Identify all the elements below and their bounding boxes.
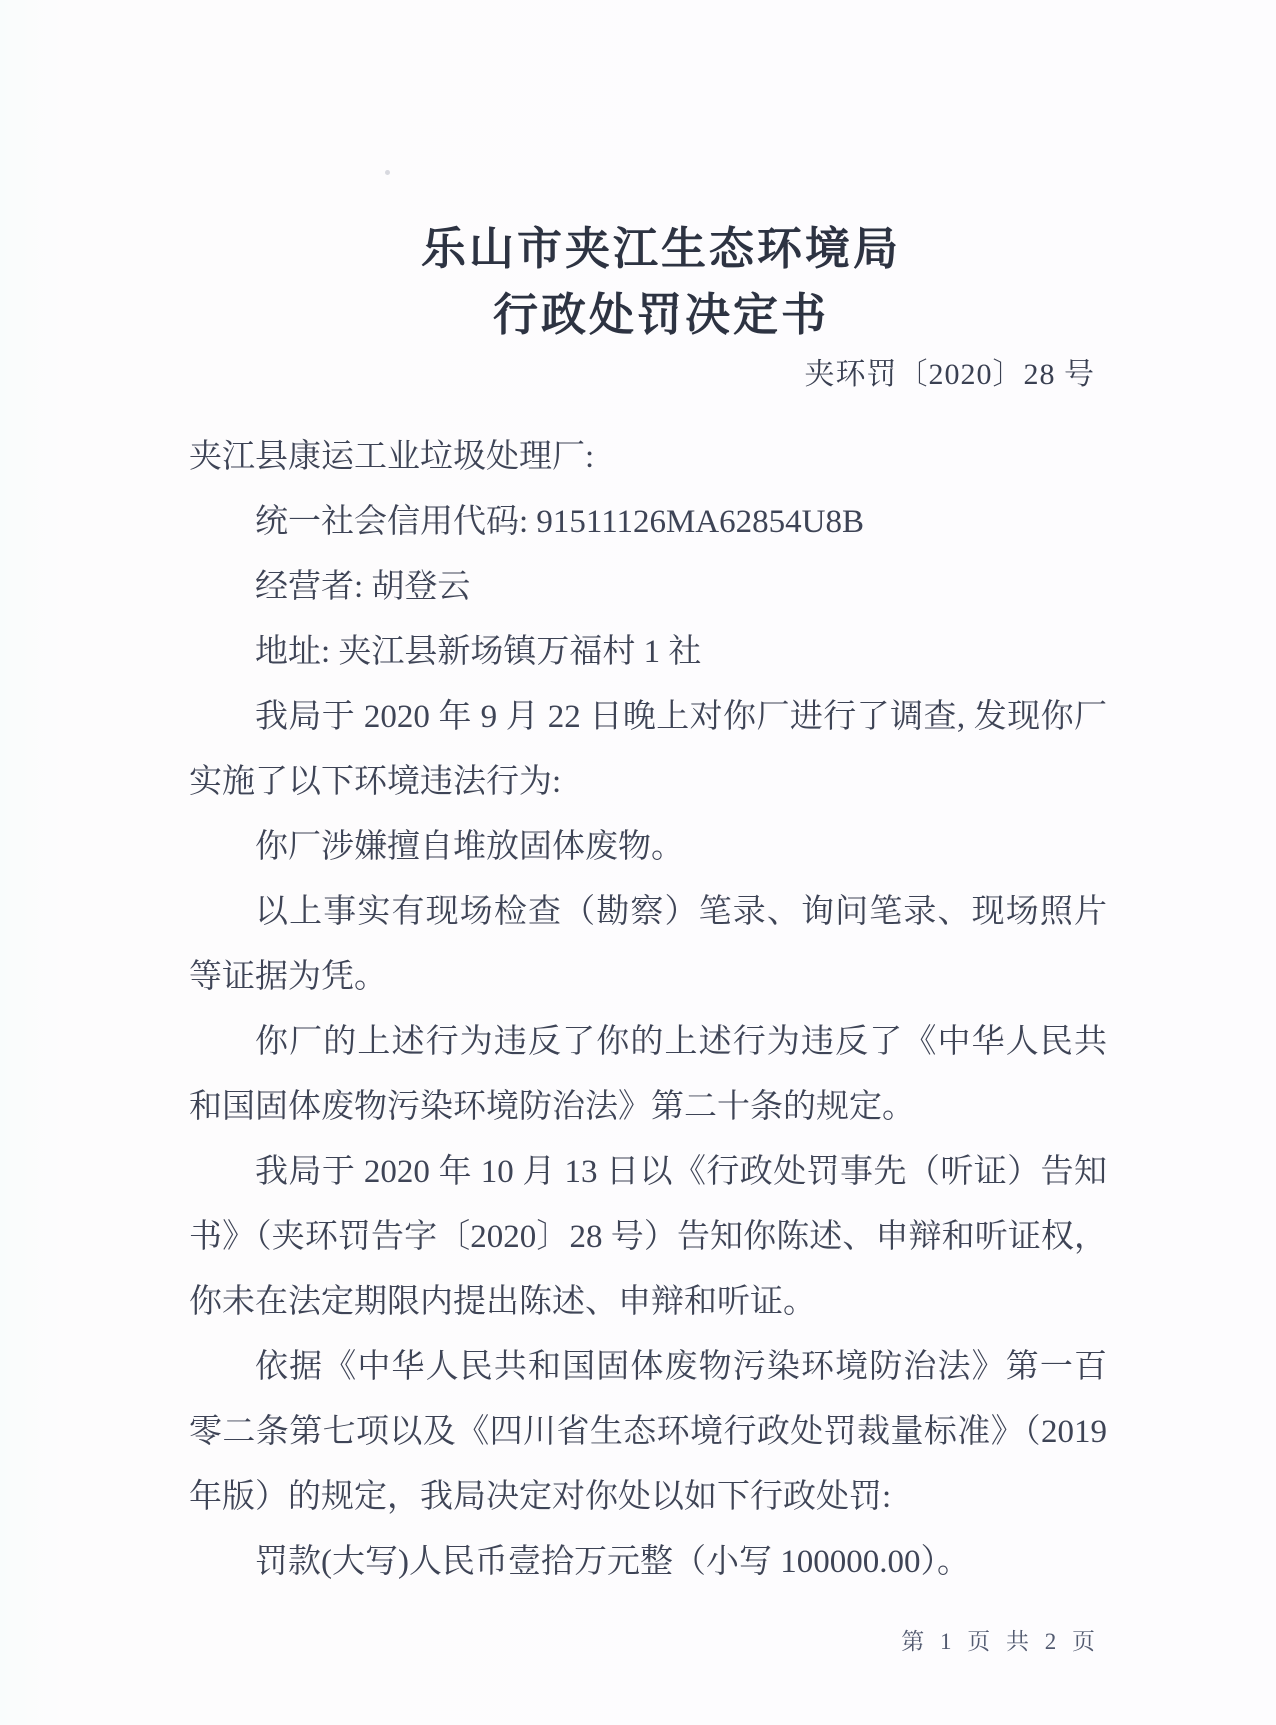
addressee-line: 夹江县康运工业垃圾处理厂: — [189, 425, 1107, 490]
penalty-basis-paragraph: 依据《中华人民共和国固体废物污染环境防治法》第一百零二条第七项以及《四川省生态环… — [189, 1335, 1107, 1530]
scan-artifact-dot — [385, 170, 390, 175]
operator-line: 经营者: 胡登云 — [189, 555, 1107, 620]
investigation-paragraph: 我局于 2020 年 9 月 22 日晚上对你厂进行了调查, 发现你厂实施了以下… — [189, 685, 1107, 815]
document-title-line1: 乐山市夹江生态环境局 — [202, 216, 1120, 282]
page-indicator: 第 1 页 共 2 页 — [901, 1629, 1100, 1654]
credit-code-line: 统一社会信用代码: 91511126MA62854U8B — [189, 490, 1107, 555]
evidence-paragraph: 以上事实有现场检查（勘察）笔录、询问笔录、现场照片等证据为凭。 — [189, 880, 1107, 1010]
page-footer: 第 1 页 共 2 页 — [901, 1629, 1100, 1655]
document-title-line2: 行政处罚决定书 — [202, 282, 1120, 348]
document-page: 乐山市夹江生态环境局 行政处罚决定书 夹环罚〔2020〕28 号 夹江县康运工业… — [0, 0, 1276, 1725]
fine-amount-paragraph: 罚款(大写)人民币壹拾万元整（小写 100000.00）。 — [189, 1530, 1107, 1595]
violation-statement-paragraph: 你厂涉嫌擅自堆放固体废物。 — [189, 815, 1107, 880]
prior-notification-paragraph: 我局于 2020 年 10 月 13 日以《行政处罚事先（听证）告知书》（夹环罚… — [189, 1140, 1107, 1335]
document-number: 夹环罚〔2020〕28 号 — [189, 352, 1107, 398]
law-violated-paragraph: 你厂的上述行为违反了你的上述行为违反了《中华人民共和国固体废物污染环境防治法》第… — [189, 1010, 1107, 1140]
document-body: 夹江县康运工业垃圾处理厂: 统一社会信用代码: 91511126MA62854U… — [189, 425, 1107, 1595]
address-line: 地址: 夹江县新场镇万福村 1 社 — [189, 620, 1107, 685]
